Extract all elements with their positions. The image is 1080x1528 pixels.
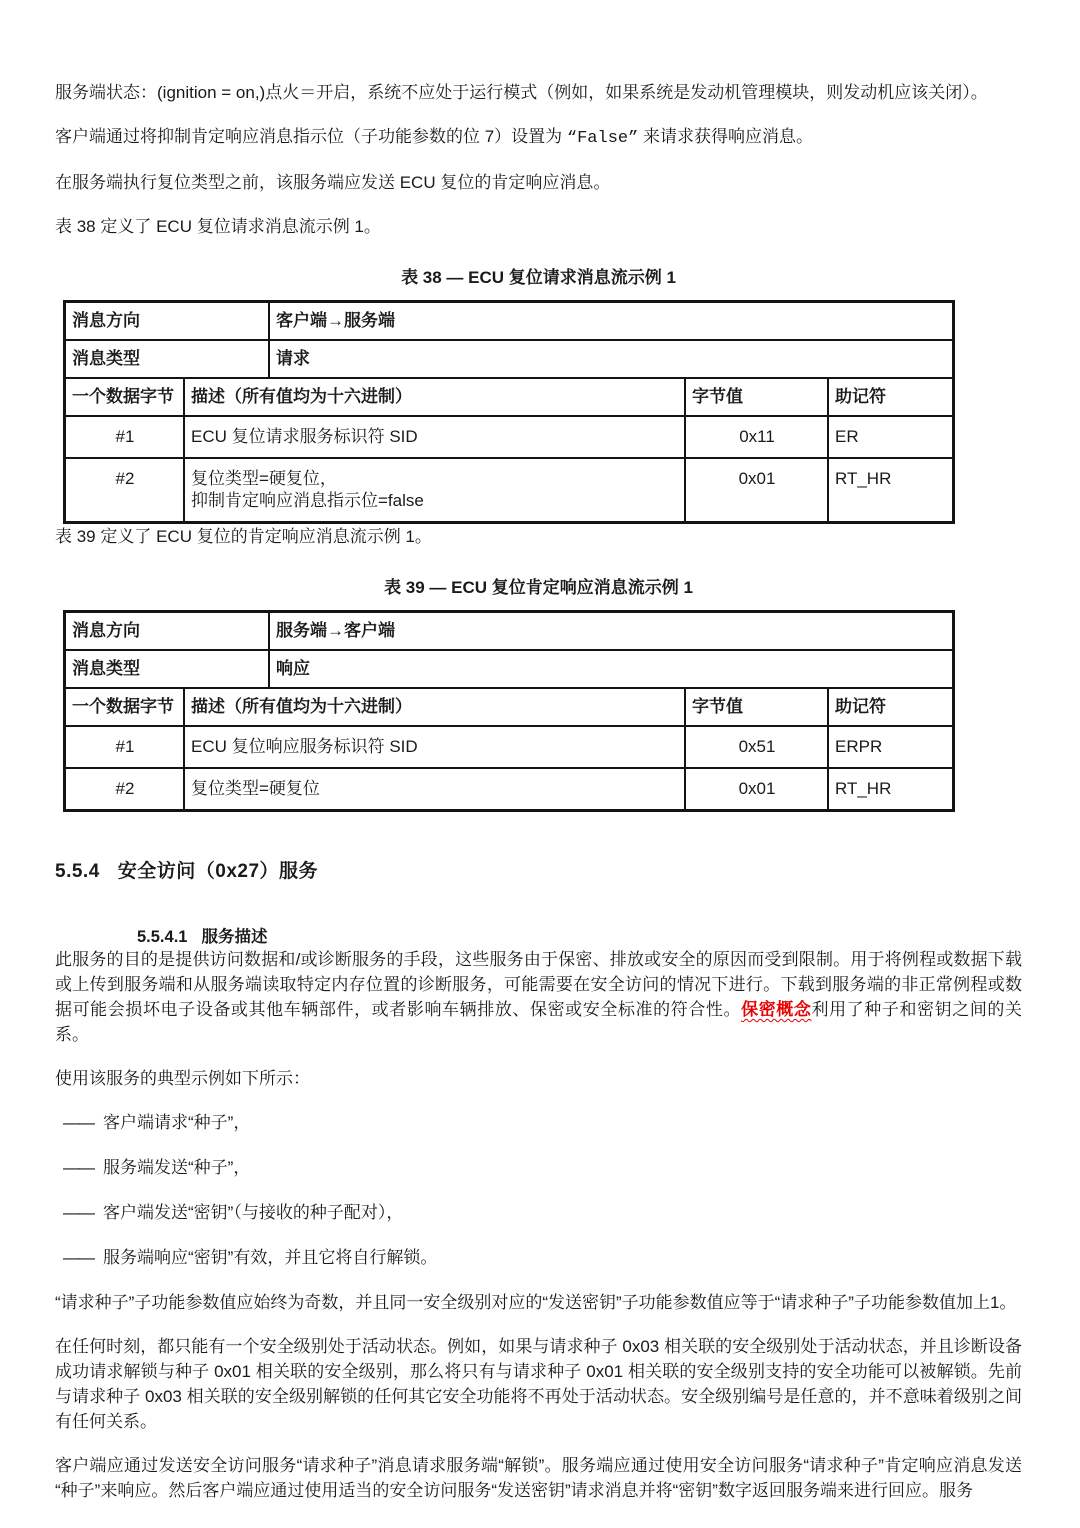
table-row: #2 复位类型=硬复位， 抑制肯定响应消息指示位=false 0x01 RT_H… <box>66 457 952 521</box>
table-row-message-direction: 消息方向 服务端→客户端 <box>66 613 952 649</box>
suppress-bit-text-before: 客户端通过将抑制肯定响应消息指示位（子功能参数的位 7）设置为 <box>55 127 567 146</box>
cell-byte: #1 <box>66 417 183 457</box>
dash-marker: —— <box>63 1245 93 1270</box>
paragraph-service-purpose: 此服务的目的是提供访问数据和/或诊断服务的手段，这些服务由于保密、排放或安全的原… <box>55 947 1022 1047</box>
meta-label: 消息类型 <box>66 341 268 377</box>
list-item-text: 服务端响应“密钥”有效，并且它将自行解锁。 <box>103 1245 437 1270</box>
subsection-heading-service-description: 5.5.4.1服务描述 <box>137 923 1022 947</box>
list-item: —— 客户端发送“密钥”（与接收的种子配对）， <box>63 1200 1022 1225</box>
table-row-message-type: 消息类型 请求 <box>66 339 952 377</box>
column-header-description: 描述（所有值均为十六进制） <box>183 689 684 725</box>
paragraph-server-state: 服务端状态：(ignition = on,)点火＝开启，系统不应处于运行模式（例… <box>55 80 1022 105</box>
meta-value: 请求 <box>268 341 952 377</box>
table-header-row: 一个数据字节 描述（所有值均为十六进制） 字节值 助记符 <box>66 687 952 725</box>
column-header-value: 字节值 <box>684 689 827 725</box>
table-row-message-type: 消息类型 响应 <box>66 649 952 687</box>
cell-byte: #2 <box>66 769 183 809</box>
cell-value: 0x51 <box>684 727 827 767</box>
dash-marker: —— <box>63 1155 93 1180</box>
table-header-row: 一个数据字节 描述（所有值均为十六进制） 字节值 助记符 <box>66 377 952 415</box>
table-row: #1 ECU 复位响应服务标识符 SID 0x51 ERPR <box>66 725 952 767</box>
meta-label: 消息方向 <box>66 303 268 339</box>
paragraph-table39-intro: 表 39 定义了 ECU 复位的肯定响应消息流示例 1。 <box>55 524 1022 549</box>
column-header-value: 字节值 <box>684 379 827 415</box>
list-item-text: 客户端请求“种子”， <box>103 1110 250 1135</box>
table-ecu-reset-request: 消息方向 客户端→服务端 消息类型 请求 一个数据字节 描述（所有值均为十六进制… <box>63 300 955 524</box>
cell-description: ECU 复位响应服务标识符 SID <box>183 727 684 767</box>
description-line-1: 复位类型=硬复位， <box>191 468 679 490</box>
suppress-bit-text-after: 来请求获得响应消息。 <box>638 127 813 146</box>
table-row: #2 复位类型=硬复位 0x01 RT_HR <box>66 767 952 809</box>
cell-description: ECU 复位请求服务标识符 SID <box>183 417 684 457</box>
cell-mnemonic: RT_HR <box>827 769 952 809</box>
cell-value: 0x11 <box>684 417 827 457</box>
paragraph-reset-response: 在服务端执行复位类型之前，该服务端应发送 ECU 复位的肯定响应消息。 <box>55 170 1022 195</box>
paragraph-seed-key-rule: “请求种子”子功能参数值应始终为奇数，并且同一安全级别对应的“发送密钥”子功能参… <box>55 1290 1022 1315</box>
cell-mnemonic: ERPR <box>827 727 952 767</box>
paragraph-security-level: 在任何时刻，都只能有一个安全级别处于活动状态。例如，如果与请求种子 0x03 相… <box>55 1334 1022 1434</box>
subsection-number: 5.5.4.1 <box>137 928 187 946</box>
paragraph-table38-intro: 表 38 定义了 ECU 复位请求消息流示例 1。 <box>55 214 1022 239</box>
section-title: 安全访问（0x27）服务 <box>118 861 318 882</box>
meta-value: 响应 <box>268 651 952 687</box>
description-line-2: 抑制肯定响应消息指示位=false <box>191 490 679 512</box>
cell-byte: #1 <box>66 727 183 767</box>
dash-marker: —— <box>63 1200 93 1225</box>
paragraph-suppress-bit: 客户端通过将抑制肯定响应消息指示位（子功能参数的位 7）设置为 “False” … <box>55 124 1022 151</box>
table-ecu-reset-response: 消息方向 服务端→客户端 消息类型 响应 一个数据字节 描述（所有值均为十六进制… <box>63 610 955 812</box>
false-literal: “False” <box>567 129 638 148</box>
column-header-mnemonic: 助记符 <box>827 689 952 725</box>
document-page: 服务端状态：(ignition = on,)点火＝开启，系统不应处于运行模式（例… <box>0 0 1080 1528</box>
column-header-byte: 一个数据字节 <box>66 379 183 415</box>
column-header-mnemonic: 助记符 <box>827 379 952 415</box>
cell-value: 0x01 <box>684 769 827 809</box>
usage-steps-list: —— 客户端请求“种子”， —— 服务端发送“种子”， —— 客户端发送“密钥”… <box>55 1110 1022 1270</box>
column-header-byte: 一个数据字节 <box>66 689 183 725</box>
list-item: —— 服务端响应“密钥”有效，并且它将自行解锁。 <box>63 1245 1022 1270</box>
cell-description: 复位类型=硬复位， 抑制肯定响应消息指示位=false <box>183 459 684 521</box>
subsection-title: 服务描述 <box>201 928 267 946</box>
meta-label: 消息类型 <box>66 651 268 687</box>
list-item-text: 服务端发送“种子”， <box>103 1155 250 1180</box>
list-item-text: 客户端发送“密钥”（与接收的种子配对）， <box>103 1200 403 1225</box>
highlighted-term-security-concept: 保密概念 <box>741 1000 811 1019</box>
meta-value: 服务端→客户端 <box>268 613 952 649</box>
table38-caption: 表 38 — ECU 复位请求消息流示例 1 <box>55 263 1022 288</box>
cell-description: 复位类型=硬复位 <box>183 769 684 809</box>
cell-byte: #2 <box>66 459 183 521</box>
section-number: 5.5.4 <box>55 861 100 882</box>
dash-marker: —— <box>63 1110 93 1135</box>
table-row-message-direction: 消息方向 客户端→服务端 <box>66 303 952 339</box>
cell-value: 0x01 <box>684 459 827 521</box>
meta-label: 消息方向 <box>66 613 268 649</box>
section-heading-security-access: 5.5.4安全访问（0x27）服务 <box>55 856 1022 883</box>
cell-mnemonic: RT_HR <box>827 459 952 521</box>
table39-caption: 表 39 — ECU 复位肯定响应消息流示例 1 <box>55 573 1022 598</box>
table-row: #1 ECU 复位请求服务标识符 SID 0x11 ER <box>66 415 952 457</box>
paragraph-unlock-procedure: 客户端应通过发送安全访问服务“请求种子”消息请求服务端“解锁”。服务端应通过使用… <box>55 1453 1022 1503</box>
meta-value: 客户端→服务端 <box>268 303 952 339</box>
column-header-description: 描述（所有值均为十六进制） <box>183 379 684 415</box>
list-item: —— 服务端发送“种子”， <box>63 1155 1022 1180</box>
list-item: —— 客户端请求“种子”， <box>63 1110 1022 1135</box>
cell-mnemonic: ER <box>827 417 952 457</box>
paragraph-usage-intro: 使用该服务的典型示例如下所示： <box>55 1066 1022 1091</box>
